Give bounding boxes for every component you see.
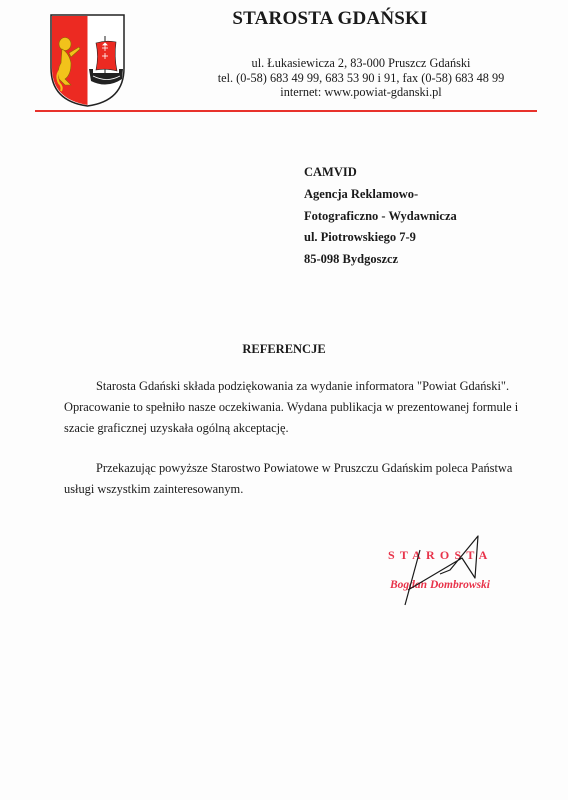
address-street: ul. Łukasiewicza 2, 83-000 Pruszcz Gdańs…	[200, 56, 522, 71]
body-paragraph: Starosta Gdański składa podziękowania za…	[64, 376, 534, 438]
coat-of-arms-icon	[49, 13, 126, 108]
recipient-company: CAMVID	[304, 162, 457, 184]
recipient-city: 85-098 Bydgoszcz	[304, 249, 457, 271]
address-phone: tel. (0-58) 683 49 99, 683 53 90 i 91, f…	[200, 71, 522, 86]
recipient-line: Agencja Reklamowo-	[304, 184, 457, 206]
paragraph-text: Przekazując powyższe Starostwo Powiatowe…	[64, 461, 512, 496]
paragraph-text: Starosta Gdański składa podziękowania za…	[64, 379, 518, 435]
handwritten-signature-icon	[400, 530, 520, 610]
recipient-block: CAMVID Agencja Reklamowo- Fotograficzno …	[304, 162, 457, 271]
letterhead-address: ul. Łukasiewicza 2, 83-000 Pruszcz Gdańs…	[200, 56, 522, 100]
letter-heading: REFERENCJE	[0, 342, 568, 357]
body-paragraph: Przekazując powyższe Starostwo Powiatowe…	[64, 458, 534, 500]
letterhead-divider	[35, 110, 537, 112]
letterhead-title: STAROSTA GDAŃSKI	[200, 8, 460, 30]
recipient-line: Fotograficzno - Wydawnicza	[304, 206, 457, 228]
address-website: internet: www.powiat-gdanski.pl	[200, 85, 522, 100]
recipient-street: ul. Piotrowskiego 7-9	[304, 227, 457, 249]
